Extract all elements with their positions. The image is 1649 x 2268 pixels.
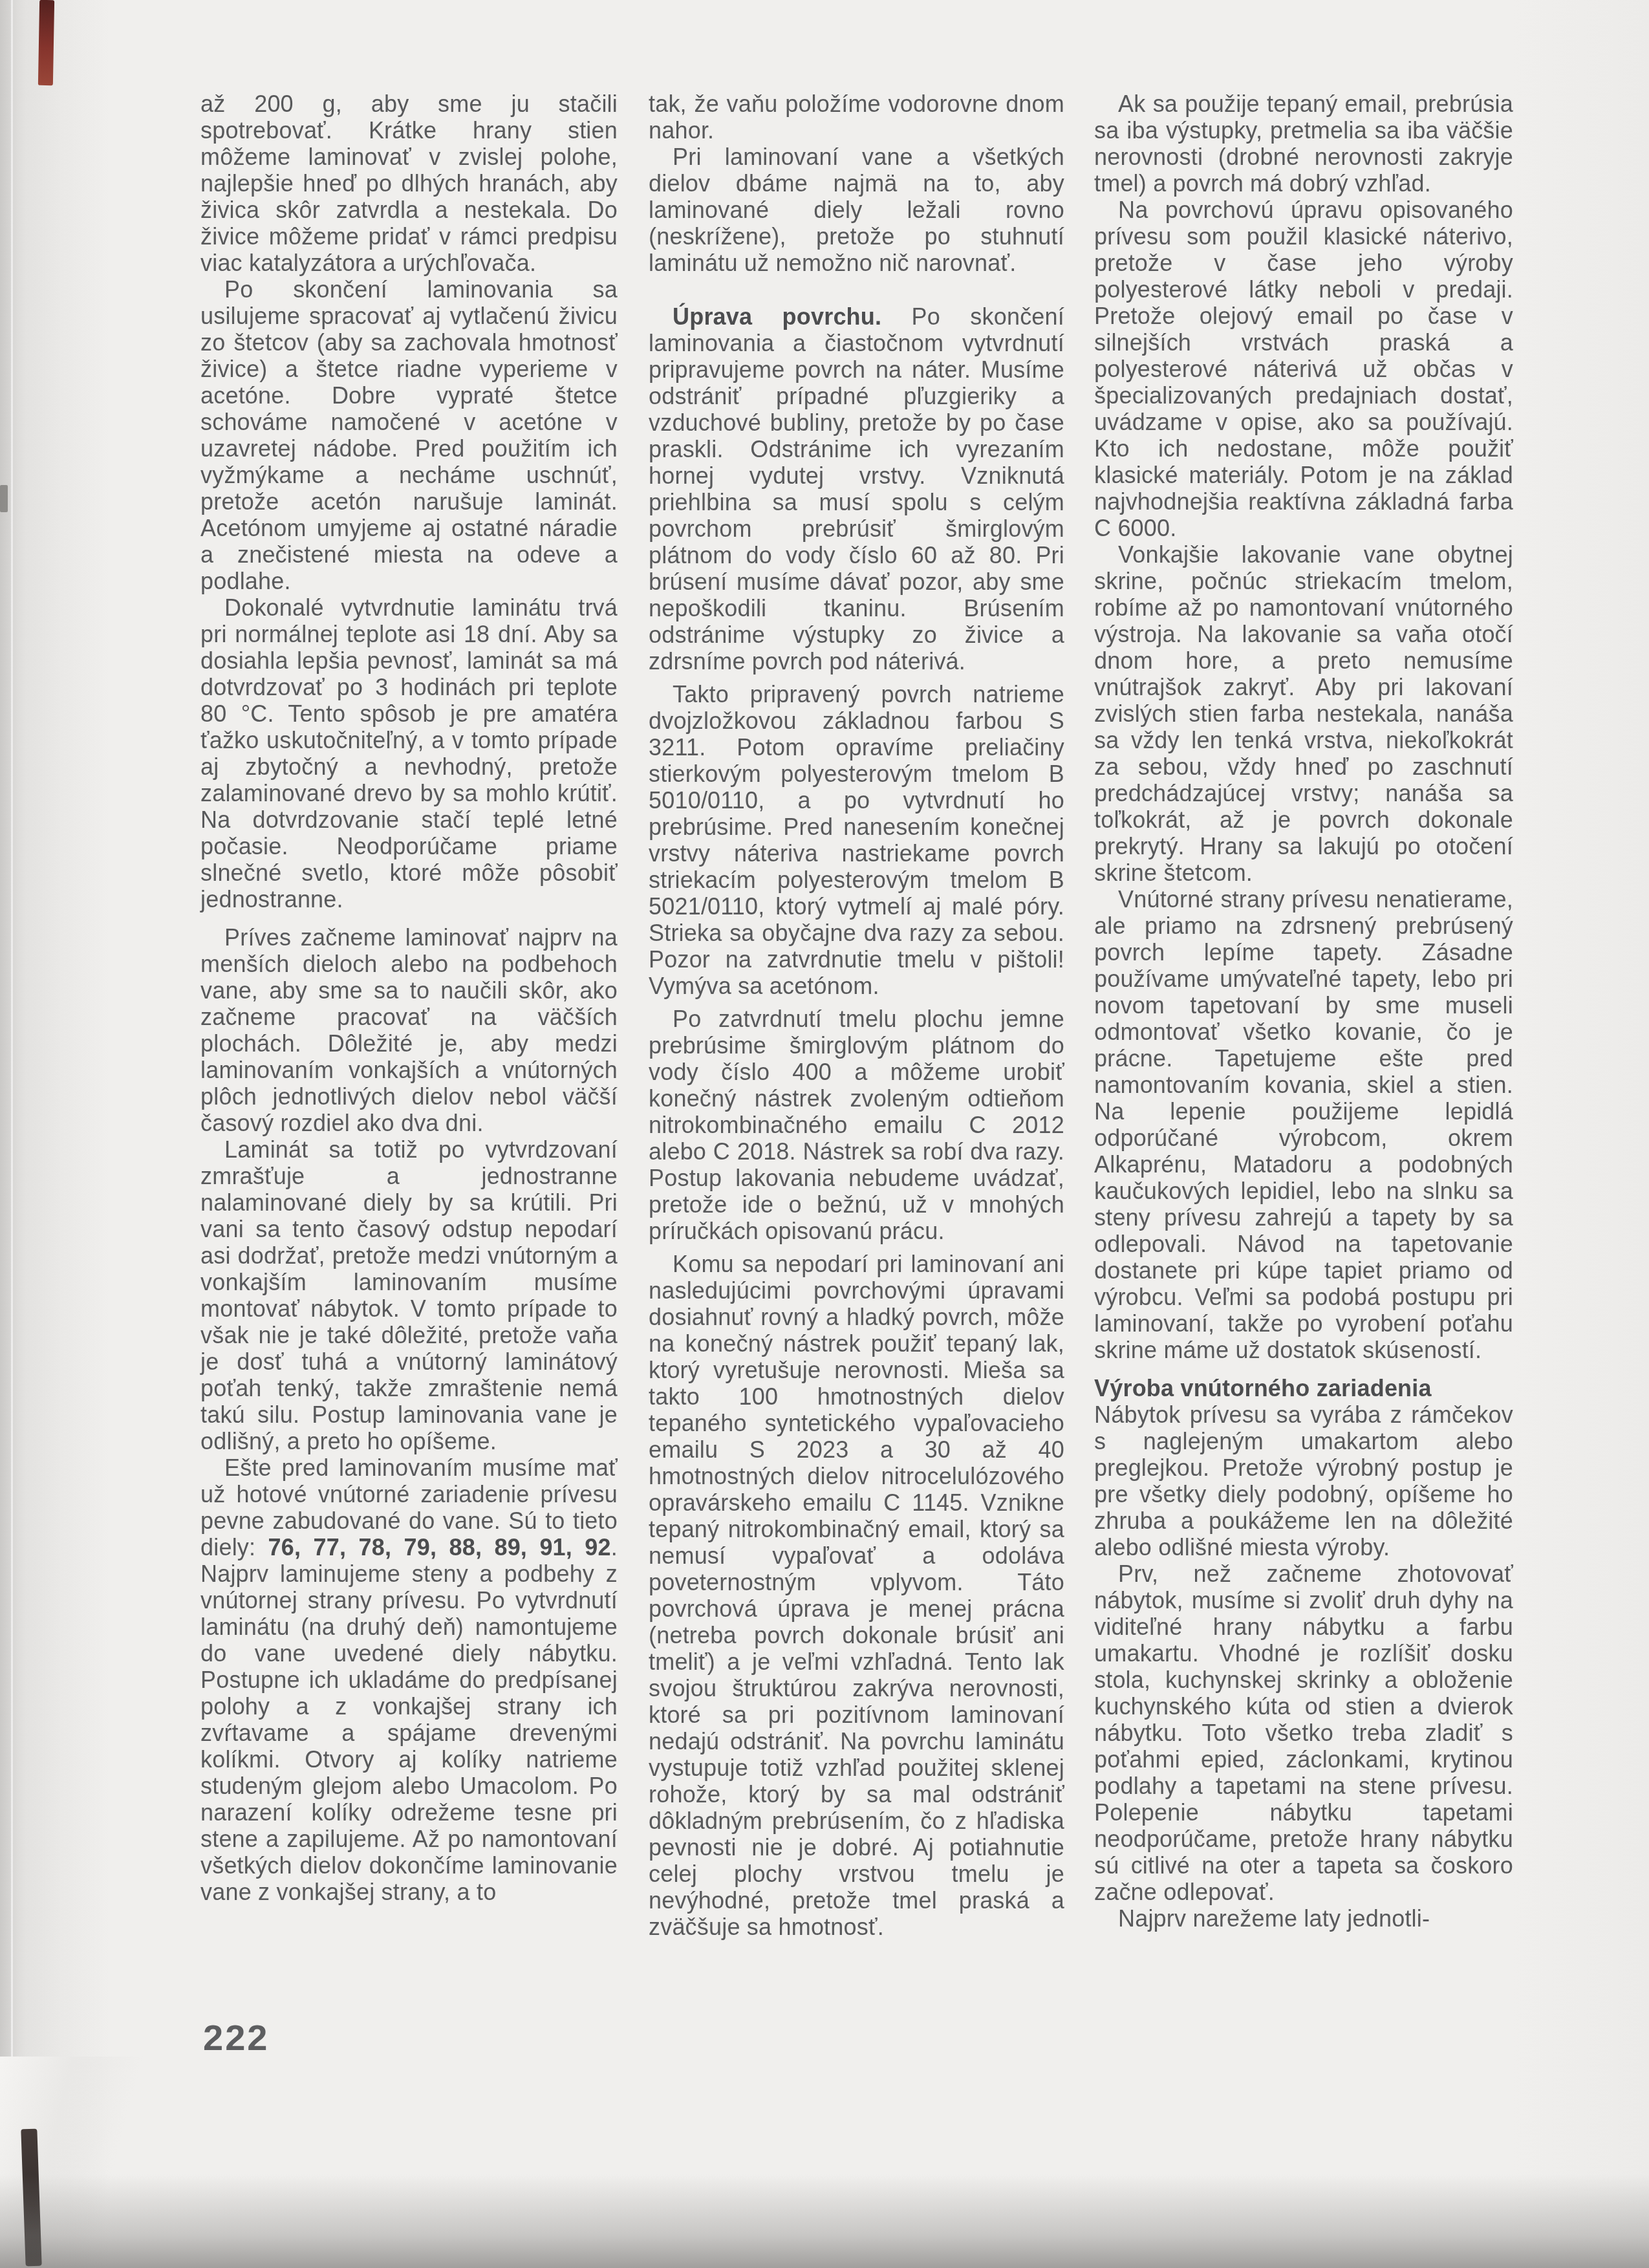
scan-speck-left (0, 485, 8, 512)
paragraph: Úprava povrchu. Po skončení laminovania … (649, 303, 1064, 675)
paragraph: Po zatvrdnutí tmelu plochu jemne prebrús… (649, 1006, 1064, 1244)
paragraph: Dokonalé vytvrdnutie laminátu trvá pri n… (200, 594, 618, 913)
paragraph: Prv, než začneme zhotovovať nábytok, mus… (1094, 1561, 1513, 1905)
book-page: až 200 g, aby sme ju stačili spotrebovať… (0, 0, 1649, 2268)
part-numbers: 76, 77, 78, 79, 88, 89, 91, 92 (268, 1534, 611, 1561)
paragraph: Najprv narežeme laty jednotli- (1094, 1905, 1513, 1932)
paragraph: tak, že vaňu položíme vodorovne dnom nah… (649, 91, 1064, 144)
paragraph: Pri laminovaní vane a všetkých dielov db… (649, 144, 1064, 276)
paragraph: až 200 g, aby sme ju stačili spotrebovať… (200, 91, 618, 276)
paragraph-text: . Najprv laminujeme steny a podbehy z vn… (200, 1534, 618, 1905)
scan-mark-top-left (38, 0, 54, 85)
paragraph: Komu sa nepodarí pri laminovaní ani nasl… (649, 1251, 1064, 1940)
paragraph: Ak sa použije tepaný email, prebrúsia sa… (1094, 91, 1513, 197)
section-heading: Výroba vnútorného zariadenia (1094, 1375, 1513, 1401)
run-in-heading: Úprava povrchu. (673, 303, 881, 330)
paragraph: Na povrchovú úpravu opisovaného prívesu … (1094, 197, 1513, 541)
paragraph: Takto pripravený povrch natrieme dvojzlo… (649, 681, 1064, 999)
text-column-3: Ak sa použije tepaný email, prebrúsia sa… (1094, 91, 1513, 1932)
paragraph: Po skončení laminovania sa usilujeme spr… (200, 276, 618, 594)
paragraph: Vonkajšie lakovanie vane obytnej skrine,… (1094, 541, 1513, 886)
paragraph: Laminát sa totiž po vytvrdzovaní zmrašťu… (200, 1136, 618, 1454)
page-edge-line (11, 0, 13, 2268)
text-column-2: tak, že vaňu položíme vodorovne dnom nah… (649, 91, 1064, 1940)
text-column-1: až 200 g, aby sme ju stačili spotrebovať… (200, 91, 618, 1905)
page-number: 222 (203, 2016, 269, 2058)
paragraph: Príves začneme laminovať najprv na menší… (200, 924, 618, 1136)
paragraph: Nábytok prívesu sa vyrába z rámčekov s n… (1094, 1401, 1513, 1561)
paragraph: Vnútorné strany prívesu nenatierame, ale… (1094, 886, 1513, 1363)
paragraph-text: Po skončení laminovania a čiastočnom vyt… (649, 303, 1064, 675)
page-gutter-shading (0, 0, 110, 2268)
paragraph: Ešte pred laminovaním musíme mať už hoto… (200, 1454, 618, 1905)
scan-bottom-shadow (0, 2174, 1649, 2268)
